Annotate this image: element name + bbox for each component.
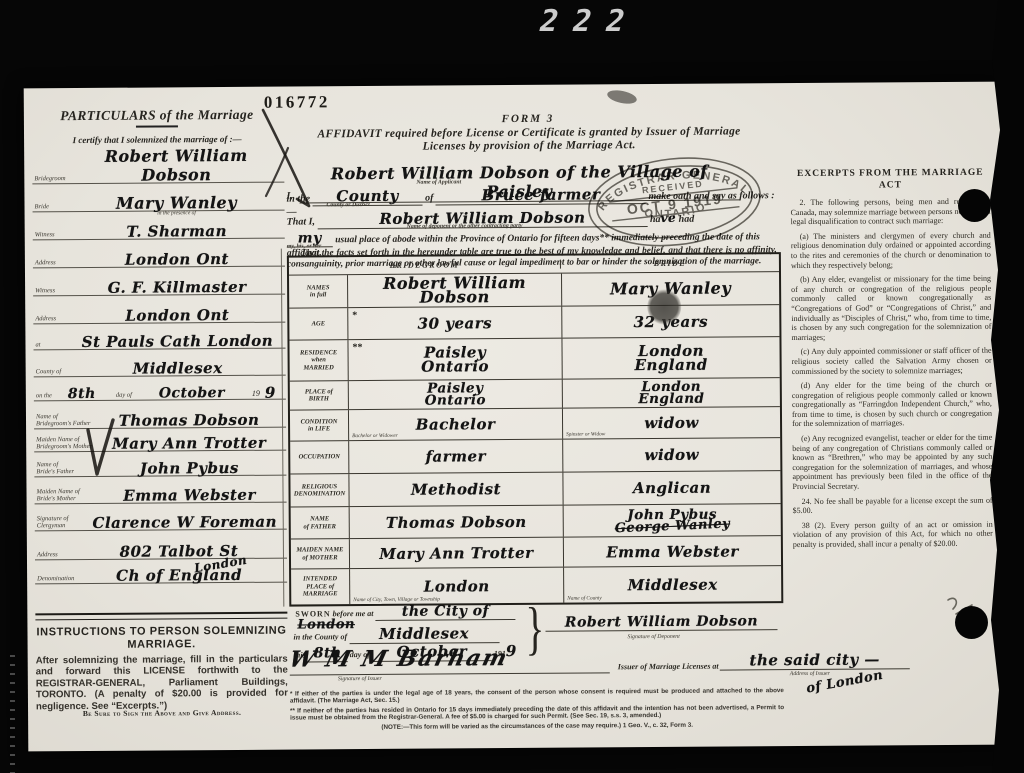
row-label: RELIGIOUS DENOMINATION <box>290 474 349 506</box>
field-label: Signature of Clergyman <box>37 515 69 529</box>
row-label: NAMES in full <box>289 275 348 307</box>
bridegroom-value: farmer <box>426 449 487 463</box>
field-date: on the 8th day of October 19 9 <box>34 376 286 402</box>
serial-number-stamp: 016772 <box>264 92 330 112</box>
field-label: Bridegroom <box>34 175 65 182</box>
deponent-signature: Robert William Dobson <box>545 613 777 632</box>
bridegroom-value: London <box>424 579 490 593</box>
footnote-2: ** If neither of the parties has resided… <box>290 704 784 722</box>
row-label: PLACE of BIRTH <box>290 381 349 409</box>
footnote-mark: * <box>352 310 357 321</box>
ink-blot <box>647 289 681 325</box>
bride-value: Emma Webster <box>606 544 739 559</box>
field-label: Maiden Name of Bridegroom's Mother <box>36 436 92 450</box>
table-row-father: NAME of FATHER Thomas Dobson John PybusG… <box>291 503 781 538</box>
excerpt-paragraph: (b) Any elder, evangelist or missionary … <box>791 274 991 343</box>
deponent-signature-label: Signature of Deponent <box>628 634 680 640</box>
issuer-signature: W M M Barham <box>287 645 512 673</box>
row-label: OCCUPATION <box>290 441 349 473</box>
sworn-county-written: Middlesex <box>349 624 499 644</box>
microfilm-scan: 222 PARTICULARS of the Marriage I certif… <box>0 0 1024 773</box>
cell-sub-label: Spinster or Widow <box>566 431 605 437</box>
field-label: Address <box>37 551 58 558</box>
field-address-2: Address London Ont <box>33 299 285 325</box>
field-label: at <box>35 341 40 348</box>
marriage-table: BRIDEGROOM BRIDE NAMES in full Robert Wi… <box>287 252 783 606</box>
row-label: INTENDED PLACE of MARRIAGE <box>291 569 350 604</box>
field-label: Address <box>35 315 56 322</box>
field-at: at St Pauls Cath London <box>33 325 285 351</box>
table-row-condition: CONDITION in LIFE BachelorBachelor or Wi… <box>290 406 780 440</box>
footnotes: * If either of the parties is under the … <box>290 687 784 733</box>
bride-value: Anglican <box>633 481 711 496</box>
field-bridegroom-mother: Maiden Name of Bridegroom's Mother Mary … <box>34 427 286 453</box>
table-row-religion: RELIGIOUS DENOMINATION Methodist Anglica… <box>290 470 780 506</box>
bride-value: widow <box>644 448 699 462</box>
date-day: 8th <box>68 386 96 402</box>
excerpts-column: EXCERPTS FROM THE MARRIAGE ACT 2. The fo… <box>790 168 993 555</box>
bridegroom-value: Paisley Ontario <box>421 345 489 373</box>
field-label: Witness <box>35 231 55 238</box>
field-label: Witness <box>35 287 55 294</box>
table-row-occupation: OCCUPATION farmer widow <box>290 437 780 473</box>
affidavit-heading-2: Licenses by provision of the Marriage Ac… <box>282 138 776 153</box>
table-row-residence: RESIDENCE when MARRIED **Paisley Ontario… <box>289 336 779 380</box>
film-frame-counter: 222 <box>536 4 644 39</box>
field-bride-mother: Maiden Name of Bride's Mother Emma Webst… <box>34 479 286 505</box>
row-label: MAIDEN NAME of MOTHER <box>291 539 350 568</box>
bride-value: London England <box>634 344 707 373</box>
field-value: G. F. Killmaster <box>73 278 281 297</box>
punch-hole-top <box>958 189 991 222</box>
field-address-1: Address London Ont <box>33 243 285 269</box>
applicant-label: Name of Applicant <box>416 179 461 185</box>
date-mid: day of <box>116 392 132 399</box>
line2-of: of <box>425 193 433 204</box>
row-label: CONDITION in LIFE <box>290 410 349 440</box>
particulars-title: PARTICULARS of the Marriage <box>34 107 280 125</box>
field-label: Name of Bride's Father <box>36 461 74 475</box>
cell-sub-label: Name of County <box>567 595 601 601</box>
title-rule <box>136 125 178 127</box>
bride-value: London England <box>638 380 704 405</box>
film-edge-marks <box>10 655 15 773</box>
field-county: County of Middlesex <box>34 352 286 378</box>
excerpt-paragraph: 38 (2). Every person guilty of an act or… <box>793 519 993 549</box>
footnote-1: * If either of the parties is under the … <box>290 687 784 705</box>
table-row-mother: MAIDEN NAME of MOTHER Mary Ann Trotter E… <box>291 535 781 568</box>
excerpt-paragraph: (c) Any duly appointed commissioner or s… <box>792 346 992 376</box>
excerpt-paragraph: (e) Any recognized evangelist, teacher o… <box>792 433 992 492</box>
field-value: London Ont <box>73 250 281 269</box>
county-label: County or District <box>327 202 370 208</box>
excerpts-title: EXCERPTS FROM THE MARRIAGE ACT <box>790 168 990 192</box>
field-bridegroom-father: Name of Bridegroom's Father Thomas Dobso… <box>34 404 286 430</box>
field-value: Ch of England <box>75 566 283 585</box>
county-prefix: in the County of <box>294 632 348 641</box>
table-row-birthplace: PLACE of BIRTH Paisley Ontario London En… <box>290 377 780 409</box>
field-witness-2: Witness G. F. Killmaster <box>33 271 285 297</box>
row-label: NAME of FATHER <box>291 507 350 538</box>
bride-value: widow <box>644 416 699 430</box>
excerpt-paragraph: (a) The ministers and clergymen of every… <box>791 230 991 270</box>
bridegroom-value: 30 years <box>418 316 493 331</box>
cell-sub-label: Bachelor or Widower <box>352 433 398 439</box>
issuer-at-text: Issuer of Marriage Licenses at <box>618 662 719 672</box>
field-bridegroom: Bridegroom Robert William Dobson <box>32 159 284 185</box>
field-witness-1: Witness T. Sharman <box>33 215 285 241</box>
torn-edge-shape <box>990 0 1024 773</box>
table-row-age: AGE *30 years 32 years <box>289 304 779 339</box>
field-value: Robert William Dobson <box>72 146 280 185</box>
issuer-address-label: Address of Issuer <box>790 671 830 677</box>
bride-value: Middlesex <box>628 577 718 592</box>
row-label: RESIDENCE when MARRIED <box>289 340 348 380</box>
bridegroom-header: BRIDEGROOM <box>289 260 561 271</box>
field-clergyman-signature: Signature of Clergyman Clarence W Forema… <box>35 506 287 532</box>
document-page: PARTICULARS of the Marriage I certify th… <box>24 82 1005 752</box>
issuer-signature-line <box>290 672 610 675</box>
date-year-printed: 19 <box>252 389 260 398</box>
instructions-top-rule <box>35 612 287 621</box>
field-denomination: Denomination Ch of England <box>35 559 287 585</box>
bride-header: BRIDE <box>561 258 779 269</box>
cell-sub-label: Name of City, Town, Village or Township <box>353 597 440 604</box>
field-value: Emma Webster <box>96 486 282 505</box>
instructions-body: After solemnizing the marriage, fill in … <box>36 654 288 713</box>
field-label: Bride <box>35 203 50 210</box>
bridegroom-value: Paisley Ontario <box>425 382 486 407</box>
instructions-footer: Be Sure to Sign the Above and Give Addre… <box>36 708 288 719</box>
field-value: St Pauls Cath London <box>73 332 281 351</box>
row-label: AGE <box>289 308 348 339</box>
footnote-3: (NOTE:—This form will be varied as the c… <box>290 721 784 732</box>
field-value: John Pybus <box>96 459 282 478</box>
torn-film-edge <box>984 0 1024 773</box>
issuer-signature-label: Signature of Issuer <box>338 676 382 682</box>
field-bride-father: Name of Bride's Father John Pybus <box>34 452 286 478</box>
date-prefix: on the <box>36 392 52 399</box>
punch-hole-bottom <box>955 606 988 639</box>
field-clergyman-address: Address 802 Talbot St London <box>35 535 287 561</box>
form-number: FORM 3 <box>288 111 768 126</box>
field-bride: Bride Mary Wanley in the presence of <box>32 187 284 213</box>
date-month: October <box>159 385 225 401</box>
excerpt-paragraph: 24. No fee shall be payable for a licens… <box>793 495 993 516</box>
line3-prefix: That I, <box>287 216 315 227</box>
certify-line: I certify that I solemnized the marriage… <box>34 134 280 146</box>
bridegroom-value: Robert William Dobson <box>348 276 561 305</box>
excerpt-paragraph: (d) Any elder for the time being of the … <box>792 380 992 429</box>
field-label: County of <box>36 368 62 375</box>
instructions-title: INSTRUCTIONS TO PERSON SOLEMNIZING MARRI… <box>35 625 287 652</box>
bridegroom-value: Mary Ann Trotter <box>379 545 533 560</box>
field-label: Address <box>35 259 56 266</box>
footnote-mark: ** <box>352 342 362 353</box>
field-label: Maiden Name of Bride's Mother <box>36 488 79 502</box>
field-value: T. Sharman <box>73 222 281 241</box>
bridegroom-value: Thomas Dobson <box>386 514 527 529</box>
field-label: Name of Bridegroom's Father <box>36 413 91 427</box>
bridegroom-value: Bachelor <box>416 417 496 432</box>
table-row-names: NAMES in full Robert William Dobson Mary… <box>289 271 779 307</box>
line2-prefix: in the <box>286 193 310 204</box>
field-value: Mary Ann Trotter <box>96 434 282 453</box>
field-label: Denomination <box>37 575 74 582</box>
bridegroom-value: Methodist <box>411 482 501 497</box>
date-year-written: 9 <box>265 384 276 402</box>
field-value: London Ont <box>73 306 281 325</box>
field-value: Clarence W Foreman <box>87 513 283 532</box>
sworn-place-written: the City of <box>375 603 515 621</box>
sworn-brace: } <box>525 595 544 662</box>
